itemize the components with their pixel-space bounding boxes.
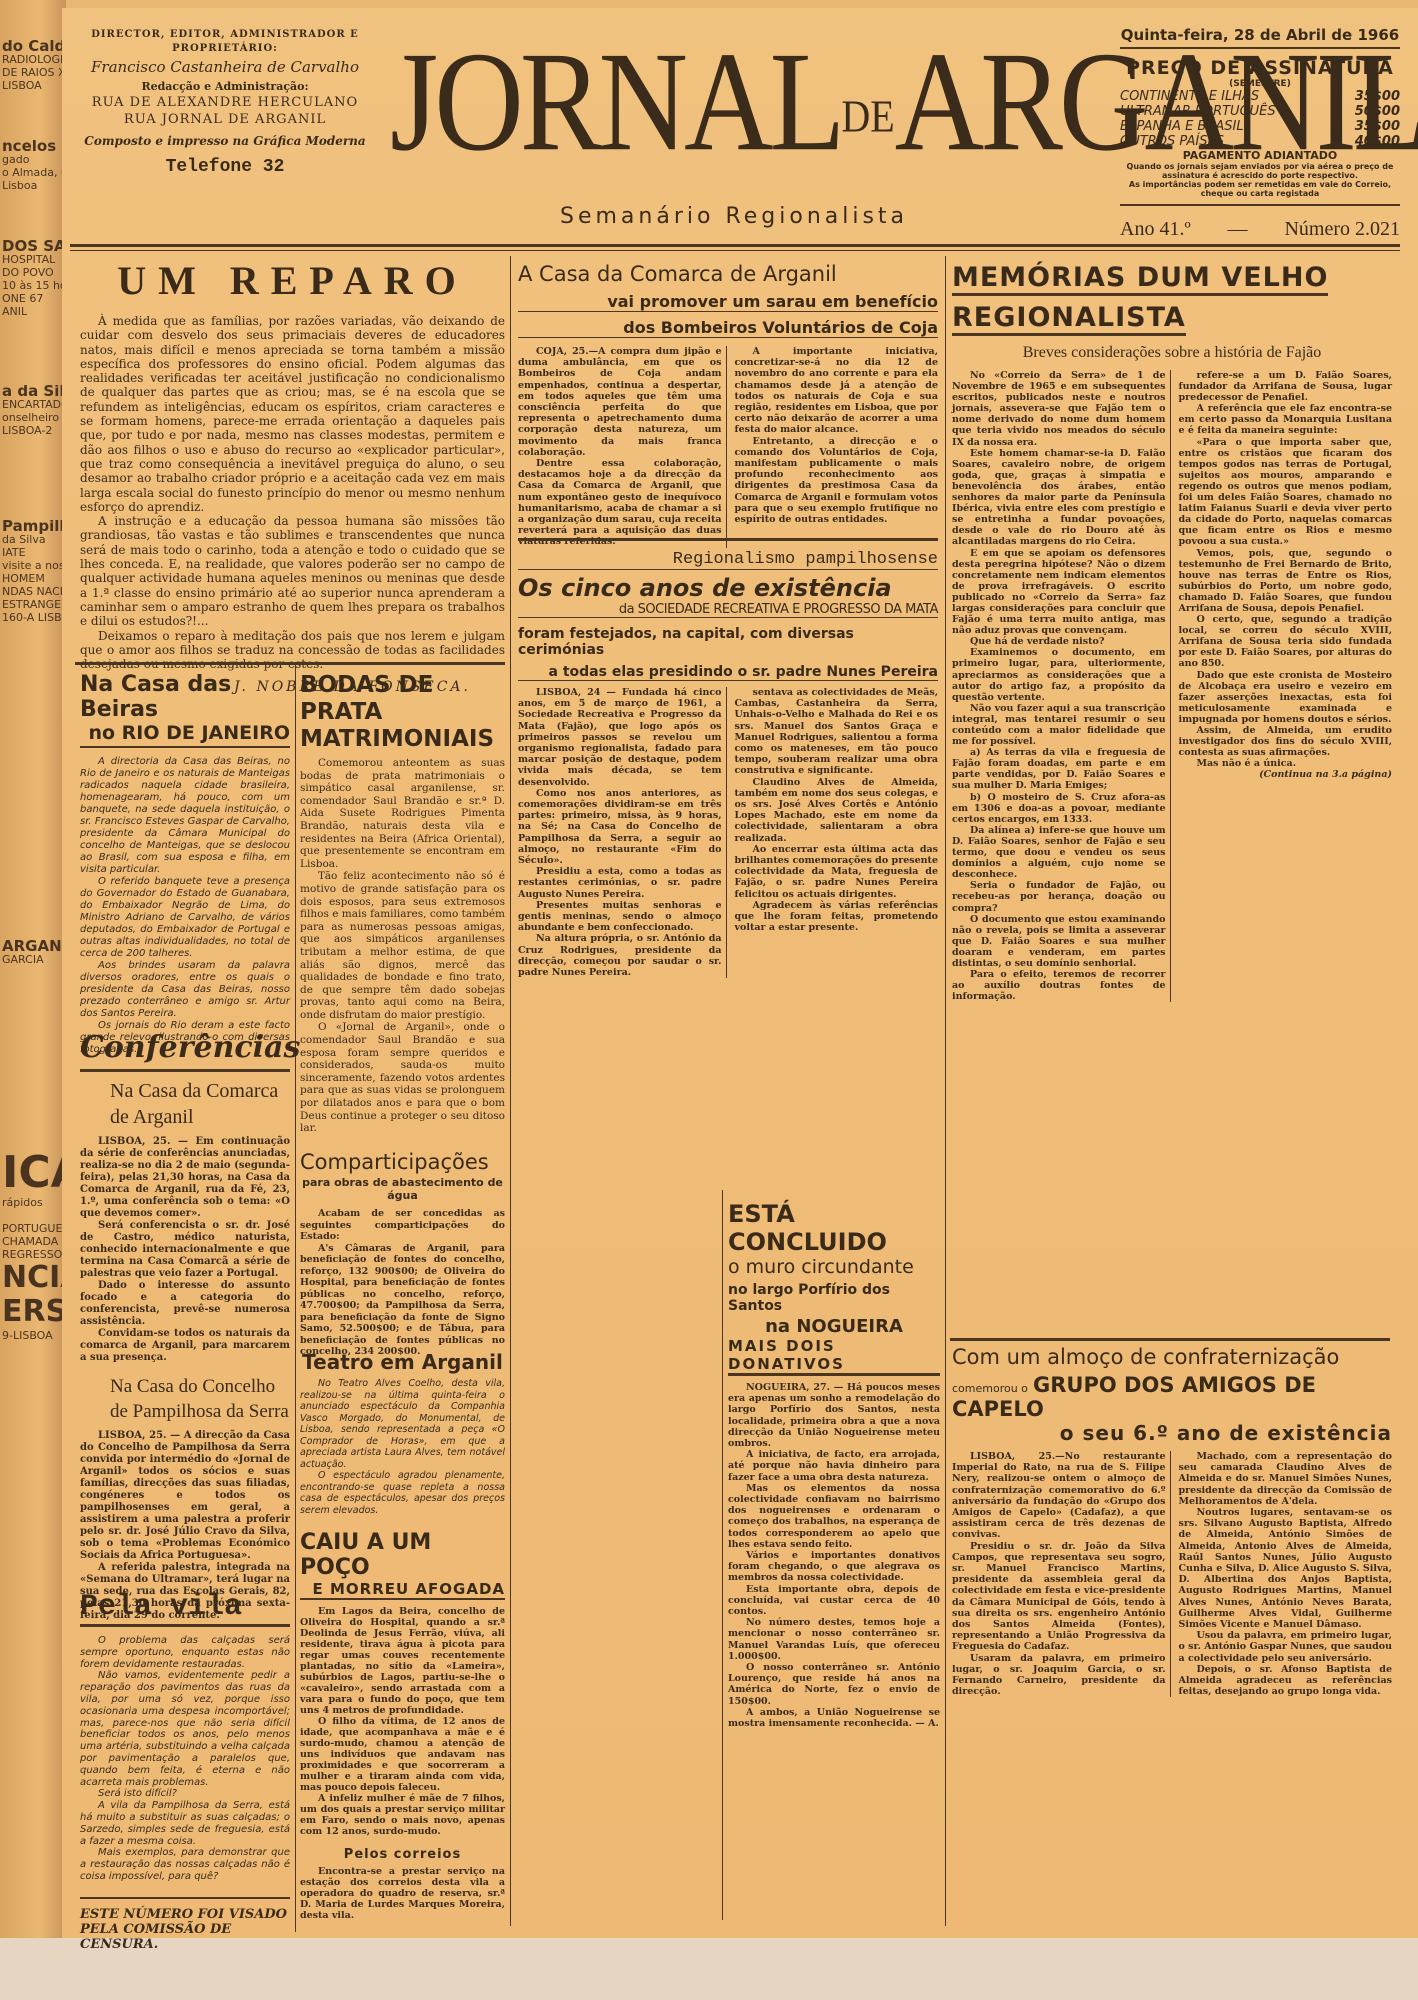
article-comparticipacoes: Comparticipações para obras de abastecim… xyxy=(300,1150,505,1358)
price-row: ESPANHA E BRASIL35$00 xyxy=(1120,119,1400,134)
credits-caption: DIRECTOR, EDITOR, ADMINISTRADOR E PROPRI… xyxy=(80,28,370,56)
headline: Teatro em Arganil xyxy=(300,1350,505,1374)
censorship-note: ESTE NÚMERO FOI VISADO PELA COMISSÃO DE … xyxy=(80,1897,290,1952)
price-row: ULTRAMAR PORTUGUÊS50$00 xyxy=(1120,104,1400,119)
subscription-heading: PREÇO DE ASSINATURA xyxy=(1120,57,1400,79)
title-de: DE xyxy=(841,90,894,142)
article-bodas: BODAS DE PRATA MATRIMONIAIS Comemorou an… xyxy=(300,672,505,1135)
article-pela-vila: Pela vila O problema das calçadas será s… xyxy=(80,1590,290,1952)
article-capelo: Com um almoço de confraternização comemo… xyxy=(952,1345,1392,1697)
newspaper-subtitle: Semanário Regionalista xyxy=(560,204,908,229)
headline: BODAS DE PRATA xyxy=(300,672,505,726)
address-line: RUA DE ALEXANDRE HERCULANO xyxy=(80,94,370,111)
headline: Na Casa das Beiras xyxy=(80,672,290,722)
headline: Pelos correios xyxy=(300,1847,505,1862)
subheadline: no RIO DE JANEIRO xyxy=(80,722,290,748)
subheadline: Breves considerações sobre a história de… xyxy=(952,344,1392,362)
spine-ad: ARGANILENSEGARCIA xyxy=(2,940,62,966)
kicker: Regionalismo pampilhosense xyxy=(518,550,938,570)
spine-ad: ncelos Carvalhogadoo Almada, 64, 1.ºLisb… xyxy=(2,140,62,192)
headline: Pela vila xyxy=(80,1590,290,1627)
issue-date: Quinta-feira, 28 de Abril de 1966 xyxy=(1120,26,1400,44)
article-regionalismo: Regionalismo pampilhosense Os cinco anos… xyxy=(518,550,938,978)
article-caiu-poco: CAIU A UM POÇO E MORREU AFOGADA Em Lagos… xyxy=(300,1530,505,1921)
headline: A Casa da Comarca de Arganil xyxy=(518,262,938,286)
article-casa-comarca: A Casa da Comarca de Arganil vai promove… xyxy=(518,262,938,548)
bound-spine-ads: do CaldeiraRADIOLOGISTADE RAIOS XLISBOA … xyxy=(0,0,66,2000)
address-line: RUA JORNAL DE ARGANIL xyxy=(80,111,370,128)
article-casa-beiras: Na Casa das Beiras no RIO DE JANEIRO A d… xyxy=(80,672,290,1056)
headline: Na Casa da Comarca de Arganil xyxy=(80,1078,290,1130)
masthead-credits: DIRECTOR, EDITOR, ADMINISTRADOR E PROPRI… xyxy=(80,28,370,174)
spine-ad: a da SilvaENCARTADOonselheiro ArantesLIS… xyxy=(2,385,62,437)
newspaper-title: JORNALDEARGANIL xyxy=(390,27,1050,191)
headline: ESTÁ CONCLUIDO xyxy=(728,1200,940,1256)
article-conferencias: Conferências Na Casa da Comarca de Argan… xyxy=(80,1030,290,1622)
headline: Comparticipações xyxy=(300,1150,505,1174)
printer-credit: Composto e impresso na Gráfica Moderna xyxy=(80,134,370,148)
continued-note: (Continua na 3.a página) xyxy=(1179,769,1393,780)
issue-number: Ano 41.º—Número 2.021 xyxy=(1120,218,1400,241)
article-memorias: MEMÓRIAS DUM VELHO REGIONALISTA Breves c… xyxy=(952,262,1392,1002)
headline: UM REPARO xyxy=(80,256,505,306)
headline: CAIU A UM POÇO xyxy=(300,1530,505,1580)
section-heading: Conferências xyxy=(80,1030,290,1072)
headline: MEMÓRIAS DUM VELHO xyxy=(952,262,1328,296)
price-row: OUTROS PAÍSES40$00 xyxy=(1120,134,1400,149)
headline: Na Casa do Concelho de Pampilhosa da Ser… xyxy=(80,1374,290,1424)
spine-ad: Pampilhosenseda SilvaIATEvisite a nossa … xyxy=(2,520,62,624)
spine-ad: DOS SANTOSHOSPITALDO POVO10 às 15 horasO… xyxy=(2,240,62,318)
director-name: Francisco Castanheira de Carvalho xyxy=(80,60,370,74)
headline: Com um almoço de confraternização xyxy=(952,1345,1392,1369)
office-caption: Redacção e Administração: xyxy=(80,80,370,94)
article-um-reparo: UM REPARO À medida que as famílias, por … xyxy=(80,256,505,695)
article-correios: Encontra-se a prestar serviço na estação… xyxy=(300,1866,505,1921)
subheadline: para obras de abastecimento de água xyxy=(300,1176,505,1202)
phone-number: Telefone 32 xyxy=(80,160,370,174)
price-row: CONTINENTE E ILHAS35$00 xyxy=(1120,89,1400,104)
price-list: CONTINENTE E ILHAS35$00 ULTRAMAR PORTUGU… xyxy=(1120,89,1400,149)
masthead-subscription: Quinta-feira, 28 de Abril de 1966 PREÇO … xyxy=(1120,26,1400,241)
headline: Os cinco anos de existência xyxy=(518,574,938,602)
spine-ad: do CaldeiraRADIOLOGISTADE RAIOS XLISBOA xyxy=(2,40,62,92)
article-muro: ESTÁ CONCLUIDO o muro circundante no lar… xyxy=(728,1200,940,1729)
spine-ad: ICArápidosPORTUGUESACHAMADAREGRESSONCIAE… xyxy=(2,1150,62,1342)
article-teatro: Teatro em Arganil No Teatro Alves Coelho… xyxy=(300,1350,505,1516)
